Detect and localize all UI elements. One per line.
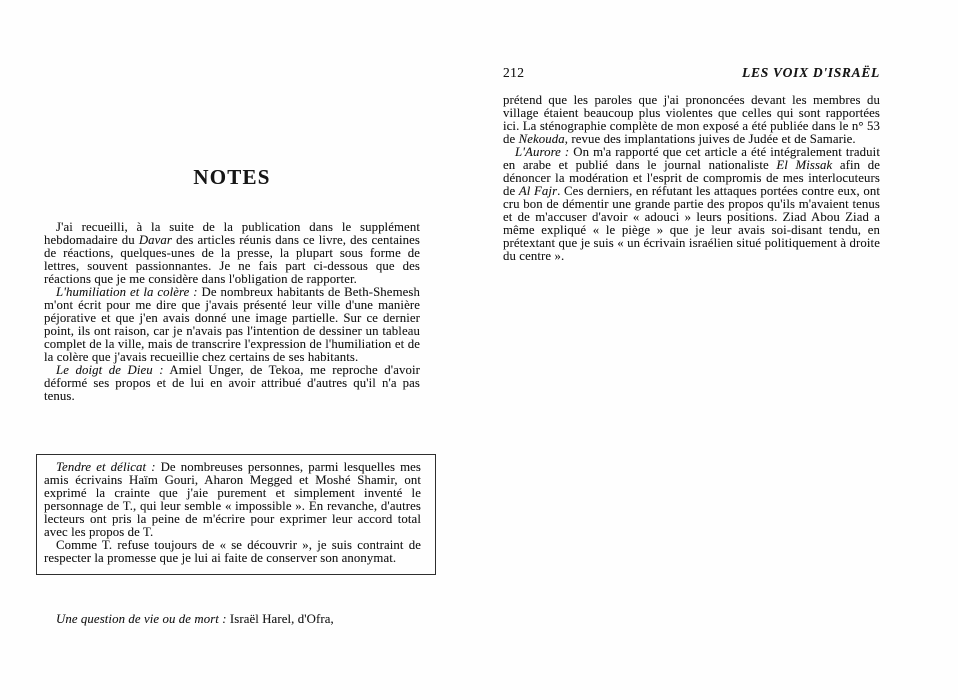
book-scan-spread: NOTES J'ai recueilli, à la suite de la p… <box>0 0 958 700</box>
text-run: . Ces derniers, en réfutant les attaques… <box>503 184 880 263</box>
paragraph: Une question de vie ou de mort : Israël … <box>44 613 420 626</box>
chapter-heading: NOTES <box>44 165 420 190</box>
left-page-last-line: Une question de vie ou de mort : Israël … <box>44 613 420 626</box>
italic-text-run: Davar <box>139 233 172 247</box>
right-page-body: prétend que les paroles que j'ai prononc… <box>503 94 880 263</box>
text-run: , revue des implantations juives de Judé… <box>565 132 856 146</box>
paragraph: Tendre et délicat : De nombreuses person… <box>44 461 421 539</box>
italic-text-run: Tendre et délicat : <box>56 460 156 474</box>
paragraph: prétend que les paroles que j'ai prononc… <box>503 94 880 146</box>
italic-text-run: Nekouda <box>519 132 565 146</box>
right-page-header: 212 LES VOIX D'ISRAËL <box>503 65 880 81</box>
paragraph: L'humiliation et la colère : De nombreux… <box>44 286 420 364</box>
italic-text-run: Une question de vie ou de mort : <box>56 612 227 626</box>
italic-text-run: Al Fajr <box>519 184 557 198</box>
italic-text-run: El Missak <box>776 158 832 172</box>
italic-text-run: L'Aurore : <box>515 145 569 159</box>
italic-text-run: L'humiliation et la colère : <box>56 285 198 299</box>
text-run: Comme T. refuse toujours de « se découvr… <box>44 538 421 565</box>
boxed-note: Tendre et délicat : De nombreuses person… <box>36 454 436 575</box>
paragraph: Le doigt de Dieu : Amiel Unger, de Tekoa… <box>44 364 420 403</box>
paragraph: L'Aurore : On m'a rapporté que cet artic… <box>503 146 880 263</box>
left-page-body: J'ai recueilli, à la suite de la publica… <box>44 221 420 403</box>
page-number: 212 <box>503 65 524 81</box>
paragraph: J'ai recueilli, à la suite de la publica… <box>44 221 420 286</box>
text-run: Israël Harel, d'Ofra, <box>227 612 334 626</box>
paragraph: Comme T. refuse toujours de « se découvr… <box>44 539 421 565</box>
italic-text-run: Le doigt de Dieu : <box>56 363 164 377</box>
running-title: LES VOIX D'ISRAËL <box>742 65 880 81</box>
